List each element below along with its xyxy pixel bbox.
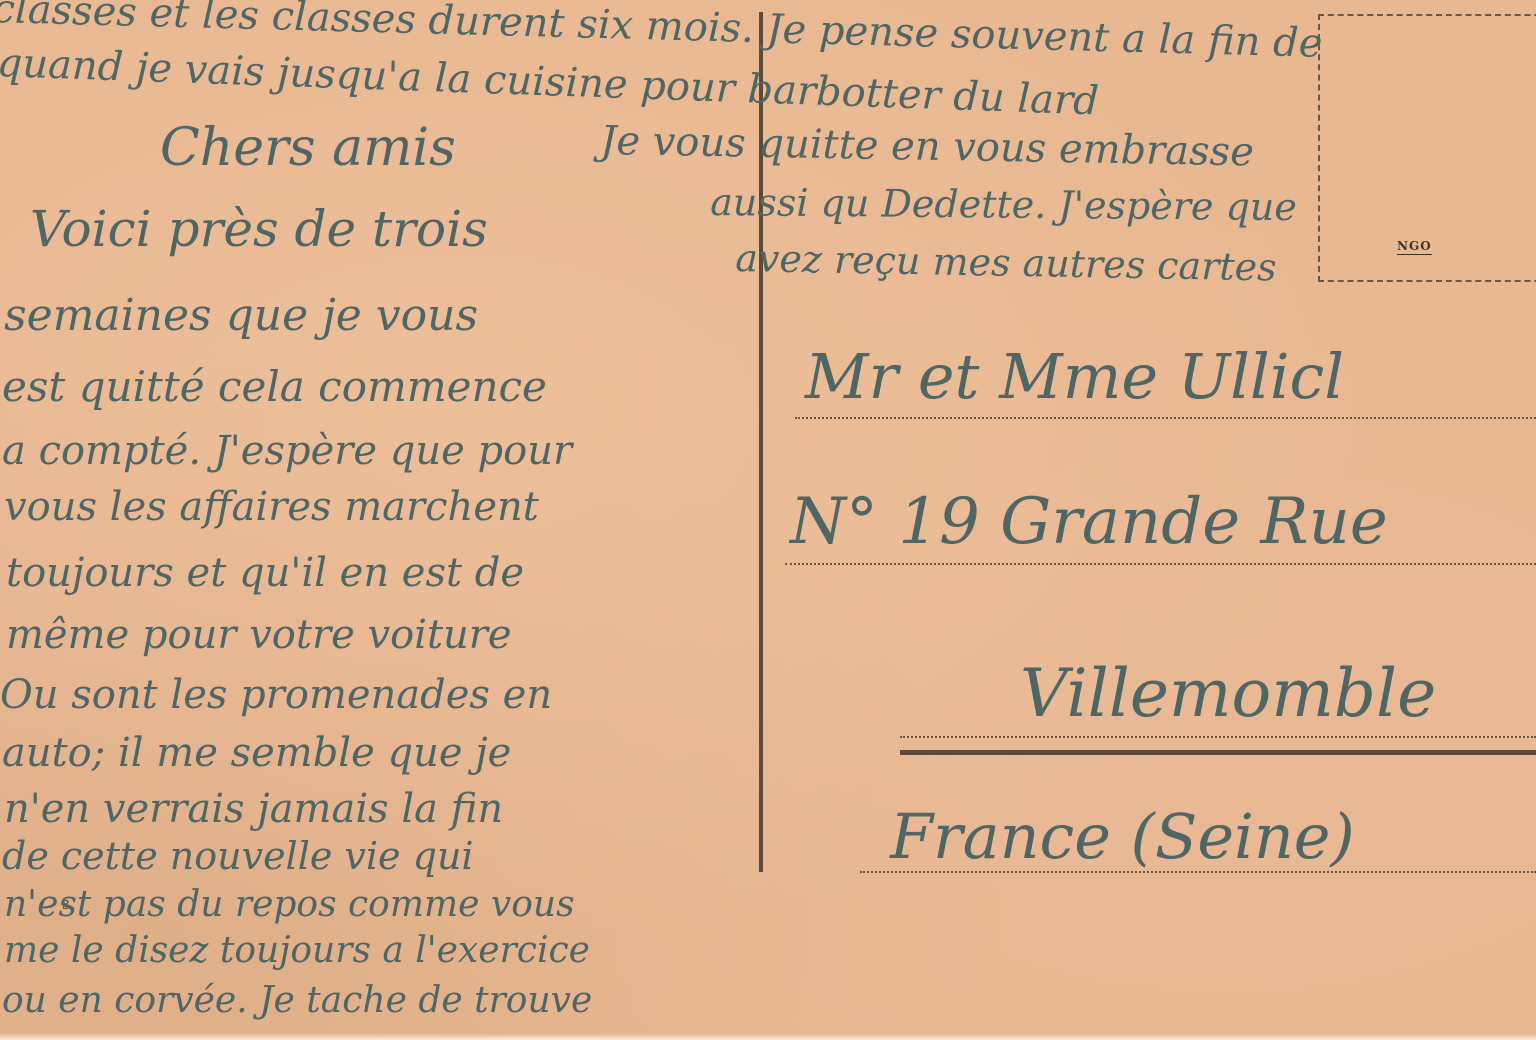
body-line-14: ou en corvée. Je tache de trouve — [2, 980, 592, 1021]
body-line-9: auto; il me semble que je — [2, 730, 511, 776]
closing-line-3: avez reçu mes autres cartes — [735, 236, 1277, 289]
body-line-6: toujours et qu'il en est de — [6, 550, 524, 596]
body-line-8: Ou sont les promenades en — [0, 672, 552, 718]
body-line-3: est quitté cela commence — [2, 362, 547, 411]
closing-line-2: aussi qu Dedette. J'espère que — [710, 180, 1297, 229]
body-line-4: a compté. J'espère que pour — [2, 428, 572, 474]
salutation: Chers amis — [160, 118, 456, 178]
card-bottom-edge — [0, 1034, 1536, 1040]
address-city: Villemomble — [1020, 655, 1436, 732]
body-line-10: n'en verrais jamais la fin — [4, 786, 503, 832]
address-separator-bar — [900, 750, 1536, 755]
address-line-1 — [795, 417, 1536, 419]
body-line-2: semaines que je vous — [4, 290, 478, 341]
stamp-box-label: NGO — [1397, 239, 1432, 255]
address-country: France (Seine) — [890, 800, 1355, 873]
body-line-13: me le disez toujours a l'exercice — [4, 930, 590, 971]
body-line-5: vous les affaires marchent — [4, 484, 539, 530]
body-line-7: même pour votre voiture — [6, 612, 512, 658]
address-street: N° 19 Grande Rue — [790, 485, 1388, 559]
address-line-3 — [900, 736, 1536, 738]
body-line-1: Voici près de trois — [30, 200, 488, 258]
address-line-2 — [785, 563, 1536, 565]
postcard-back: NGO 3 classes et les classes durent six … — [0, 0, 1536, 1040]
closing-line-1: Je vous quitte en vous embrasse — [600, 118, 1254, 175]
body-line-11: de cette nouvelle vie qui — [2, 834, 474, 878]
body-line-12: n'est pas du repos comme vous — [4, 884, 575, 925]
address-recipient: Mr et Mme Ullicl — [805, 340, 1344, 413]
